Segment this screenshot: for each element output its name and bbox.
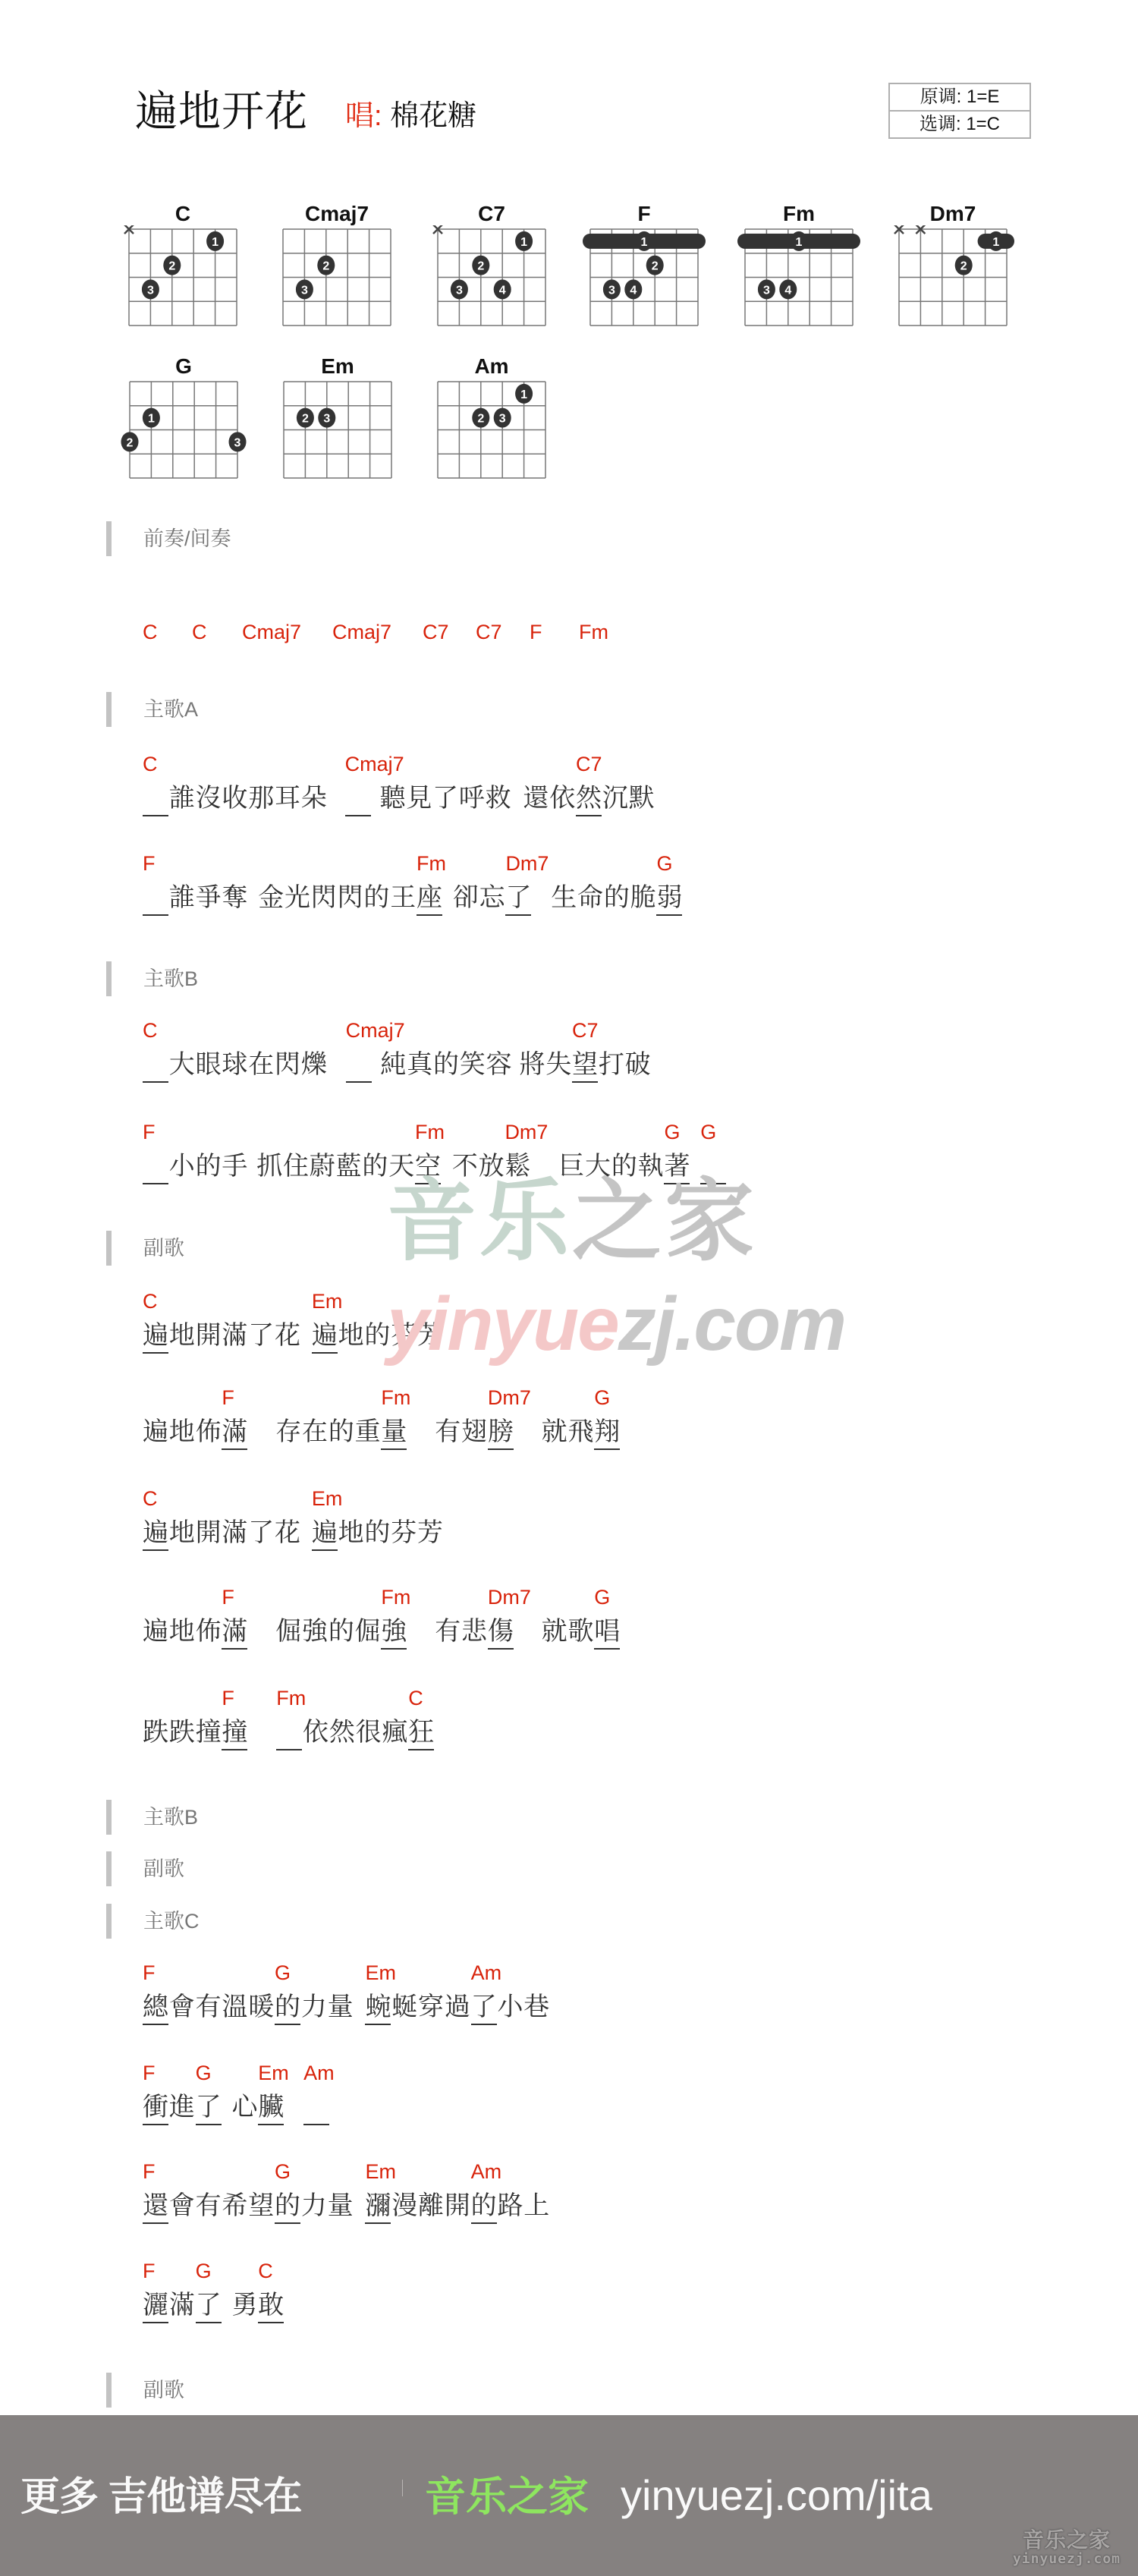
lyric-gap	[407, 1646, 435, 1647]
lyric-chars: 總	[143, 1993, 169, 2021]
lyric-text: 生命的脆	[551, 882, 656, 913]
lyric-chars: 誰爭奪	[169, 883, 248, 912]
lyric-blank: Cmaj7	[346, 1049, 373, 1080]
footer-banner: 更多 吉他谱尽在 音乐之家 yinyuezj.com/jita 音乐之家 yin…	[0, 2415, 1138, 2576]
lyric-gap	[248, 1747, 276, 1747]
lyric-chars: 狂	[408, 1718, 435, 1747]
lyric-chars: 衝	[143, 2093, 169, 2122]
lyric-chars: 誰沒收那耳朵	[169, 784, 328, 813]
lyric-gap	[301, 1547, 312, 1548]
lyric-text: 了G	[196, 2092, 222, 2122]
svg-text:2: 2	[652, 260, 659, 273]
lyric-text: 蜿Em	[365, 1992, 391, 2022]
lyric-text: 會有希望	[169, 2191, 275, 2221]
lyric-text: 望C7	[572, 1049, 599, 1080]
footer-logo-url: yinyuezj.com	[1007, 2552, 1127, 2567]
chord-label: Dm7	[505, 1121, 548, 1143]
svg-text:4: 4	[499, 284, 506, 297]
section-label: 副歌	[143, 2373, 184, 2408]
section-marker-bar	[106, 1904, 112, 1939]
lyric-chars: 望	[572, 1050, 599, 1079]
lyric-text: 誰沒收那耳朵	[169, 783, 328, 813]
chord-label: Fm	[276, 1687, 306, 1709]
lyric-gap	[354, 2220, 365, 2221]
chord-label: Dm7	[488, 1586, 531, 1609]
lyric-chars: 漫離開	[391, 2191, 470, 2220]
svg-text:1: 1	[212, 236, 218, 249]
chord-label: C7	[572, 1019, 599, 1042]
lyric-chars: 打破	[599, 1050, 652, 1079]
lyric-chars: 臟	[258, 2093, 284, 2122]
lyric-chars: 就飛	[542, 1417, 595, 1446]
lyric-chars: 地開滿了花	[169, 1321, 301, 1350]
lyric-chars: 力量	[301, 2191, 354, 2220]
lyric-text: 還F	[143, 2191, 169, 2221]
original-key: 原调: 1=E	[890, 84, 1030, 110]
chord-diagram-name: G	[130, 354, 237, 379]
svg-text:2: 2	[477, 260, 484, 273]
singer-name: 棉花糖	[390, 100, 476, 132]
svg-text:1: 1	[520, 388, 527, 401]
chord-label: F	[143, 1961, 156, 1984]
lyric-text: 跌跌撞	[143, 1717, 222, 1747]
svg-text:1: 1	[148, 413, 155, 426]
svg-text:3: 3	[499, 413, 506, 426]
lyric-text: 遍Em	[312, 1320, 338, 1351]
svg-text:2: 2	[960, 260, 967, 273]
lyric-chars: 大眼球在閃爍	[169, 1050, 328, 1079]
svg-text:3: 3	[323, 413, 330, 426]
chord-diagram-name: Em	[284, 354, 391, 379]
chord-diagram-name: Fm	[745, 202, 853, 226]
lyric-text: 會有溫暖	[169, 1992, 275, 2022]
watermark-part2: 之家	[572, 1172, 757, 1272]
section-marker-bar	[106, 961, 112, 996]
chord-label: G	[664, 1121, 680, 1143]
lyric-gap	[222, 2122, 231, 2122]
section-marker-bar	[106, 2373, 112, 2408]
lyric-text: 唱G	[594, 1616, 621, 1647]
lyric-gap	[284, 2122, 303, 2122]
lyric-chars: 的	[275, 1993, 301, 2021]
lyric-text: 小的手	[169, 1151, 248, 1181]
lyric-text: 瀰Em	[365, 2191, 391, 2221]
lyric-text: 進	[169, 2092, 196, 2122]
chord-diagram-name: Cmaj7	[283, 202, 391, 226]
chord-diagram-name: Am	[438, 354, 545, 379]
chord-label: C	[143, 621, 158, 643]
lyric-blank: F	[143, 1151, 169, 1181]
key-info-box: 原调: 1=E 选调: 1=C	[888, 83, 1031, 139]
chord-label: F	[222, 1687, 234, 1709]
footer-logo-text: 音乐之家	[1007, 2529, 1127, 2552]
chord-label: G	[196, 2260, 212, 2282]
lyric-chars: 將失	[519, 1050, 572, 1079]
chord-grid-icon: 23	[272, 225, 402, 329]
lyric-text: 誰爭奪	[169, 882, 248, 913]
lyric-text: 滿F	[222, 1616, 248, 1647]
lyric-chars: 跌跌撞	[143, 1718, 222, 1747]
lyric-text: 將失	[519, 1049, 572, 1080]
lyric-chars: 生命的脆	[551, 883, 656, 912]
lyric-chars: 路上	[497, 2191, 550, 2220]
lyric-chars: 翔	[594, 1417, 621, 1446]
footer-site-logo: 音乐之家 yinyuezj.com	[1007, 2529, 1127, 2567]
footer-url-link[interactable]: yinyuezj.com/jita	[621, 2473, 932, 2518]
lyric-gap	[354, 2021, 365, 2022]
section-label: 主歌B	[143, 961, 198, 996]
watermark-url2: zj.com	[618, 1282, 845, 1367]
lyric-text: 依然很瘋	[303, 1717, 408, 1747]
singer-label: 唱:	[345, 100, 382, 132]
chord-label: G	[700, 1121, 716, 1143]
lyric-chars: 遍	[312, 1518, 338, 1547]
lyric-gap	[328, 1079, 346, 1080]
lyric-chars: 滿	[222, 1417, 248, 1446]
lyric-text: 遍C	[143, 1320, 169, 1351]
lyric-chars: 唱	[594, 1617, 621, 1646]
svg-text:3: 3	[763, 284, 770, 297]
lyric-chars: 的	[275, 2191, 301, 2220]
lyric-text: 地開滿了花	[169, 1320, 301, 1351]
lyric-chars: 小巷	[497, 1993, 550, 2021]
lyric-text: 弱G	[656, 882, 683, 913]
lyric-chars: 有翅	[435, 1417, 488, 1446]
lyric-text: 有翅	[435, 1417, 488, 1447]
chord-label: G	[196, 2062, 212, 2084]
lyric-chars: 地開滿了花	[169, 1518, 301, 1547]
lyric-gap	[532, 912, 551, 913]
lyric-line: F誰爭奪金光閃閃的王座Fm卻忘了Dm7生命的脆弱G	[143, 882, 683, 913]
chord-grid-icon: 23	[272, 378, 403, 482]
chord-label: F	[222, 1586, 234, 1609]
section-marker-bar	[106, 521, 112, 556]
lyric-text: 膀Dm7	[488, 1417, 514, 1447]
chord-label: F	[143, 2160, 156, 2183]
svg-text:3: 3	[608, 284, 615, 297]
lyric-gap	[443, 912, 453, 913]
lyric-line: C大眼球在閃爍Cmaj7純真的笑容將失望C7打破	[143, 1049, 651, 1080]
lyric-text: 了Dm7	[505, 882, 532, 913]
lyric-line: 跌跌撞撞FFm依然很瘋狂C	[143, 1717, 435, 1747]
lyric-chars: 弱	[656, 883, 683, 912]
watermark-part1: 音乐	[387, 1172, 572, 1272]
chord-label: C	[258, 2260, 273, 2282]
chord-diagram-name: C	[129, 202, 237, 226]
footer-divider	[402, 2480, 403, 2496]
lyric-text: 倔強的倔	[275, 1616, 381, 1647]
chord-label: C	[408, 1687, 423, 1709]
lyric-chars: 小的手	[169, 1152, 248, 1181]
lyric-text: 打破	[599, 1049, 652, 1080]
singer-info: 唱: 棉花糖	[345, 97, 476, 135]
chord-label: F	[222, 1386, 234, 1409]
lyric-gap	[514, 1646, 542, 1647]
lyric-text: 衝F	[143, 2092, 169, 2122]
svg-text:3: 3	[234, 436, 241, 449]
lyric-chars: 倔強的倔	[275, 1617, 381, 1646]
lyric-chars: 金光閃閃的王	[258, 883, 417, 912]
lyric-chars: 還依	[523, 784, 576, 813]
lyric-chars: 還	[143, 2191, 169, 2220]
chord-label: Fm	[417, 852, 446, 875]
lyric-text: 還依	[523, 783, 576, 813]
lyric-blank: C	[143, 783, 169, 813]
svg-text:1: 1	[992, 236, 999, 249]
lyric-line: 遍C地開滿了花遍Em地的芬芳	[143, 1518, 444, 1548]
lyric-text: 的G	[275, 1992, 301, 2022]
footer-slogan: 更多 吉他谱尽在	[20, 2474, 301, 2520]
svg-text:1: 1	[520, 236, 527, 249]
chord-diagram-name: F	[590, 202, 698, 226]
lyric-chars: 遍地佈	[143, 1617, 222, 1646]
chord-label: G	[275, 1961, 291, 1984]
lyric-line: 總F會有溫暖的G力量蜿Em蜒穿過了Am小巷	[143, 1992, 550, 2022]
lyric-chars: 然	[576, 784, 602, 813]
section-marker-bar	[106, 1800, 112, 1835]
lyric-text: 有悲	[435, 1616, 488, 1647]
lyric-text: 大眼球在閃爍	[169, 1049, 328, 1080]
lyric-chars: 膀	[488, 1417, 514, 1446]
lyric-chars: 強	[381, 1617, 407, 1646]
chord-grid-icon: 123	[118, 378, 249, 482]
watermark-logo: 音乐之家	[387, 1175, 757, 1269]
lyric-text: 純真的笑容	[380, 1049, 512, 1080]
section-label: 前奏/间奏	[143, 521, 231, 556]
chord-label: C	[143, 1019, 158, 1042]
lyric-chars: 座	[417, 883, 443, 912]
lyric-text: 了Am	[471, 1992, 498, 2022]
lyric-text: 地的芬芳	[338, 1518, 444, 1548]
lyric-chars: 進	[169, 2093, 196, 2122]
lyric-text: 地開滿了花	[169, 1518, 301, 1548]
lyric-blank: Fm	[276, 1717, 303, 1747]
lyric-blank: Cmaj7	[345, 783, 372, 813]
lyric-gap	[372, 1079, 380, 1080]
lyric-line: 遍地佈滿F存在的重量Fm有翅膀Dm7就飛翔G	[143, 1417, 621, 1447]
lyric-chars: 滿	[169, 2291, 196, 2320]
lyric-line: 衝F進了G心臟EmAm	[143, 2092, 330, 2122]
lyric-text: 就飛	[542, 1417, 595, 1447]
lyric-chars: 量	[381, 1417, 407, 1446]
lyric-chars: 遍	[312, 1321, 338, 1350]
chord-label: Fm	[415, 1121, 445, 1143]
chord-label: C7	[423, 621, 449, 643]
lyric-chars: 沉默	[602, 784, 655, 813]
chord-label: C7	[476, 621, 502, 643]
lyric-line: C誰沒收那耳朵Cmaj7聽見了呼救還依然C7沉默	[143, 783, 655, 813]
lyric-chars: 滿	[222, 1617, 248, 1646]
chord-grid-icon: 123	[426, 378, 557, 482]
chord-label: Dm7	[505, 852, 549, 875]
lyric-text: 金光閃閃的王	[258, 882, 417, 913]
lyric-chars: 遍	[143, 1518, 169, 1547]
lyric-text: 就歌	[542, 1616, 595, 1647]
chord-diagram-name: C7	[438, 202, 545, 226]
lyric-gap	[248, 912, 258, 913]
lyric-text: 遍Em	[312, 1518, 338, 1548]
chord-label: Am	[471, 1961, 502, 1984]
chord-label: Em	[365, 1961, 396, 1984]
lyric-chars: 依然很瘋	[303, 1718, 408, 1747]
lyric-chars: 力量	[301, 1993, 354, 2021]
chord-label: C	[143, 1487, 158, 1510]
lyric-chars: 聽見了呼救	[379, 784, 511, 813]
lyric-gap	[248, 1181, 256, 1181]
watermark-url: yinyuezj.com	[387, 1286, 845, 1362]
svg-text:4: 4	[784, 284, 791, 297]
lyric-text: 遍地佈	[143, 1417, 222, 1447]
lyric-text: 強Fm	[381, 1616, 407, 1647]
lyric-chars: 遍	[143, 1321, 169, 1350]
chord-label: C7	[576, 753, 602, 775]
lyric-text: 傷Dm7	[488, 1616, 514, 1647]
chord-label: Cmaj7	[242, 621, 301, 643]
chord-label: Cmaj7	[346, 1019, 405, 1042]
section-label: 副歌	[143, 1231, 184, 1266]
chord-label: F	[143, 1121, 156, 1143]
section-label: 主歌A	[143, 692, 198, 727]
section-marker-bar	[106, 692, 112, 727]
svg-text:2: 2	[322, 260, 329, 273]
lyric-text: 撞F	[222, 1717, 248, 1747]
chord-grid-icon: 134	[734, 225, 864, 329]
lyric-chars: 存在的重	[275, 1417, 381, 1446]
watermark-url1: yinyue	[387, 1282, 618, 1367]
svg-text:2: 2	[302, 413, 309, 426]
lyric-chars: 心	[231, 2093, 258, 2122]
lyric-chars: 地的芬芳	[338, 1518, 444, 1547]
lyric-text: 量Fm	[381, 1417, 407, 1447]
lyric-text: 的G	[275, 2191, 301, 2221]
chord-grid-icon: 12	[888, 225, 1018, 329]
chord-label: Em	[258, 2062, 289, 2084]
chord-label: Fm	[381, 1386, 410, 1409]
lyric-chars: 了	[196, 2291, 222, 2320]
svg-text:2: 2	[477, 413, 484, 426]
lyric-gap	[222, 2320, 231, 2320]
lyric-chars: 卻忘	[453, 883, 506, 912]
chord-label: Am	[303, 2062, 335, 2084]
chord-diagram-name: Dm7	[899, 202, 1007, 226]
chord-label: Fm	[381, 1586, 410, 1609]
chord-label: F	[143, 2260, 156, 2282]
svg-text:2: 2	[168, 260, 175, 273]
lyric-text: 灑F	[143, 2290, 169, 2320]
lyric-text: 了G	[196, 2290, 222, 2320]
chord-label: Cmaj7	[332, 621, 391, 643]
lyric-text: 蜒穿過	[391, 1992, 470, 2022]
lyric-text: 沉默	[602, 783, 655, 813]
lyric-text: 漫離開	[391, 2191, 470, 2221]
lyric-chars: 純真的笑容	[380, 1050, 512, 1079]
section-label: 主歌C	[143, 1904, 200, 1939]
lyric-gap	[407, 1446, 435, 1447]
svg-text:3: 3	[147, 284, 154, 297]
lyric-chars: 蜿	[365, 1993, 391, 2021]
lyric-chars: 會有溫暖	[169, 1993, 275, 2021]
svg-text:3: 3	[301, 284, 308, 297]
lyric-text: 聽見了呼救	[379, 783, 511, 813]
lyric-text: 卻忘	[453, 882, 506, 913]
lyric-chars: 了	[471, 1993, 498, 2021]
lyric-chars: 傷	[488, 1617, 514, 1646]
lyric-text: 滿	[169, 2290, 196, 2320]
lyric-gap	[328, 813, 345, 813]
chord-label: G	[275, 2160, 291, 2183]
lyric-text: 小巷	[497, 1992, 550, 2022]
lyric-chars: 敢	[258, 2291, 284, 2320]
lyric-chars: 會有希望	[169, 2191, 275, 2220]
lyric-text: 力量	[301, 1992, 354, 2022]
chord-label: Fm	[579, 621, 608, 643]
song-title: 遍地开花	[135, 85, 308, 138]
lyric-gap	[514, 1446, 542, 1447]
lyric-chars: 勇	[231, 2291, 258, 2320]
lyric-chars: 撞	[222, 1718, 248, 1747]
selected-key: 选调: 1=C	[890, 110, 1030, 137]
lyric-text: 翔G	[594, 1417, 621, 1447]
lyric-gap	[512, 1079, 519, 1080]
chord-label: F	[143, 852, 156, 875]
svg-text:1: 1	[796, 236, 803, 249]
lyric-gap	[511, 813, 523, 813]
lyric-text: 存在的重	[275, 1417, 381, 1447]
footer-brand[interactable]: 音乐之家	[425, 2474, 589, 2520]
chord-label: Am	[471, 2160, 502, 2183]
lyric-blank: C	[143, 1049, 169, 1080]
chord-label: F	[530, 621, 542, 643]
lyric-text: 滿F	[222, 1417, 248, 1447]
lyric-gap	[248, 1446, 275, 1447]
chord-label: Em	[312, 1487, 343, 1510]
lyric-chars: 了	[196, 2093, 222, 2122]
chord-grid-icon: 123	[118, 225, 248, 329]
lyric-text: 臟Em	[258, 2092, 284, 2122]
chord-label: G	[594, 1586, 610, 1609]
lyric-gap	[248, 1646, 275, 1647]
chord-label: C	[192, 621, 207, 643]
chord-label: Dm7	[488, 1386, 531, 1409]
chord-grid-icon: 1234	[579, 225, 709, 329]
lyric-blank: F	[143, 882, 169, 913]
lyric-text: 總F	[143, 1992, 169, 2022]
lyric-line: 遍地佈滿F倔強的倔強Fm有悲傷Dm7就歌唱G	[143, 1616, 621, 1647]
lyric-text: 狂C	[408, 1717, 435, 1747]
lyric-line: 還F會有希望的G力量瀰Em漫離開的Am路上	[143, 2191, 550, 2221]
lyric-text: 的Am	[471, 2191, 498, 2221]
lyric-chars: 瀰	[365, 2191, 391, 2220]
section-marker-bar	[106, 1851, 112, 1886]
lyric-text: 敢C	[258, 2290, 284, 2320]
chord-label: G	[656, 852, 672, 875]
lyric-blank: Am	[303, 2092, 330, 2122]
lyric-chars: 遍地佈	[143, 1417, 222, 1446]
chord-label: Cmaj7	[345, 753, 404, 775]
lyric-text: 遍C	[143, 1518, 169, 1548]
chord-label: C	[143, 753, 158, 775]
svg-text:3: 3	[456, 284, 463, 297]
lyric-chars: 的	[471, 2191, 498, 2220]
lyric-line: 灑F滿了G勇敢C	[143, 2290, 284, 2320]
lyric-chars: 有悲	[435, 1617, 488, 1646]
lyric-text: 遍地佈	[143, 1616, 222, 1647]
svg-text:1: 1	[641, 236, 648, 249]
svg-text:2: 2	[127, 436, 134, 449]
lyric-chars: 了	[505, 883, 532, 912]
lyric-chars: 灑	[143, 2291, 169, 2320]
lyric-text: 然C7	[576, 783, 602, 813]
